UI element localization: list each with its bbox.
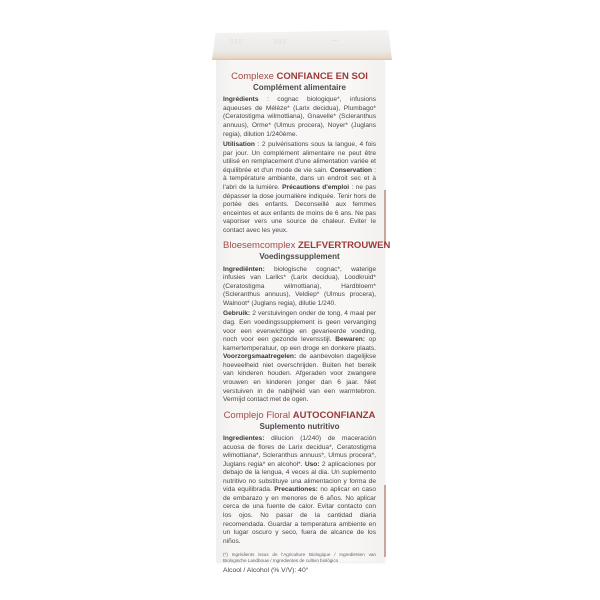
usage-paragraph: Utilisation : 2 pulvérisations sous la l… bbox=[223, 141, 376, 235]
embossed-mark: ▯▯▯ bbox=[274, 38, 287, 45]
section-subtitle: Suplemento nutritivo bbox=[223, 422, 376, 432]
section-spanish: Complejo Floral AUTOCONFIANZA Suplemento… bbox=[223, 411, 376, 547]
section-dutch: Bloesemcomplex ZELFVERTROUWEN Voedingssu… bbox=[223, 241, 376, 404]
section-title: Bloesemcomplex ZELFVERTROUWEN bbox=[223, 241, 376, 252]
section-title-bold: ZELFVERTROUWEN bbox=[298, 240, 390, 251]
embossed-mark: — bbox=[332, 38, 339, 44]
organic-footnote: (*) Ingrédients issus de l'Agriculture B… bbox=[223, 552, 376, 564]
box-top-flap: ▯▯▯ ▯▯▯ — bbox=[212, 30, 392, 60]
section-title: Complexe CONFIANCE EN SOI bbox=[223, 72, 376, 83]
section-title-bold: CONFIANCE EN SOI bbox=[277, 71, 368, 82]
section-title-bold: AUTOCONFIANZA bbox=[293, 410, 376, 421]
box-edge-accent bbox=[384, 485, 386, 557]
ingredients-paragraph: Ingrediënten: biologische cognac*, water… bbox=[223, 266, 376, 309]
embossed-mark: ▯▯▯ bbox=[230, 38, 243, 45]
section-title: Complejo Floral AUTOCONFIANZA bbox=[223, 411, 376, 422]
ingredients-usage-paragraph: Ingredientes: dilucion (1/240) de macera… bbox=[223, 435, 376, 546]
section-french: Complexe CONFIANCE EN SOI Complément ali… bbox=[223, 72, 376, 235]
section-subtitle: Voedingssupplement bbox=[223, 252, 376, 262]
box-edge-accent bbox=[384, 190, 386, 245]
alcohol-content: Alcool / Alcohol (% V/V): 40° bbox=[223, 567, 376, 576]
usage-paragraph: Gebruik: 2 verstuivingen onder de tong, … bbox=[223, 310, 376, 404]
label-text-panel: Complexe CONFIANCE EN SOI Complément ali… bbox=[223, 72, 376, 576]
section-subtitle: Complément alimentaire bbox=[223, 83, 376, 93]
ingredients-paragraph: Ingrédients : cognac biologique*, infusi… bbox=[223, 96, 376, 139]
